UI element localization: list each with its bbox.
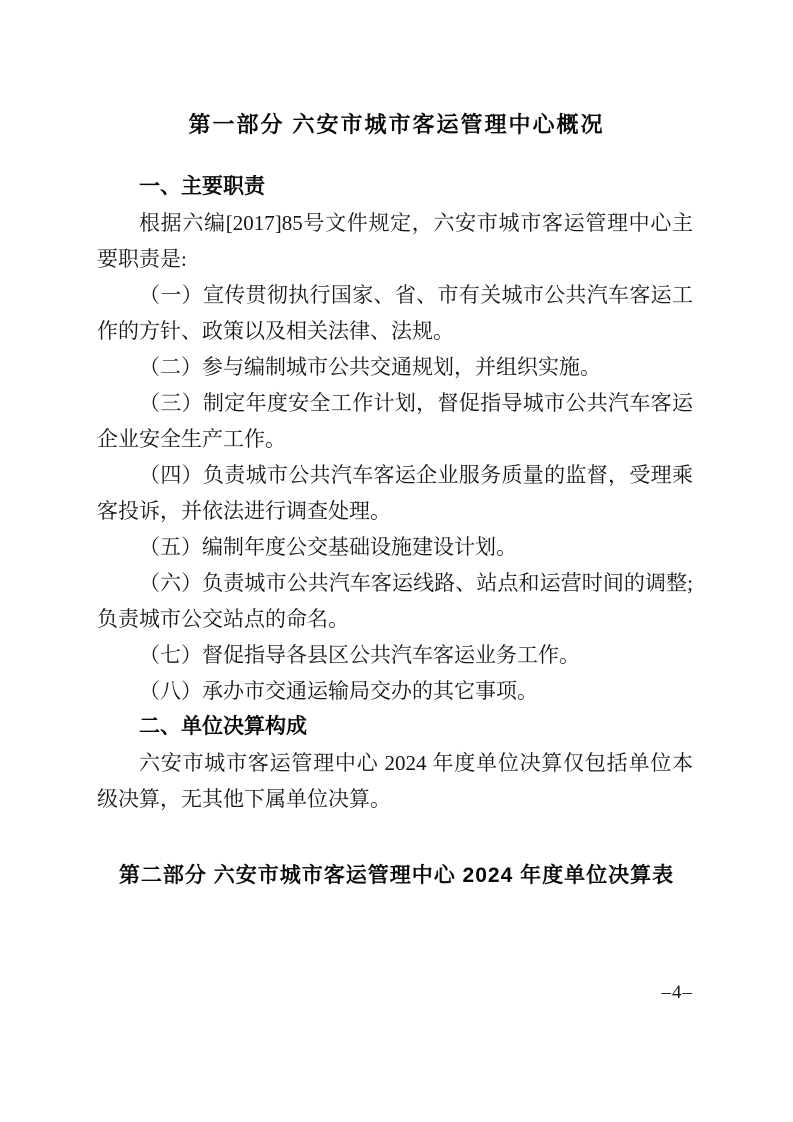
duty-item-6: （六）负责城市公共汽车客运线路、站点和运营时间的调整;负责城市公交站点的命名。 bbox=[97, 565, 693, 637]
duty-item-8: （八）承办市交通运输局交办的其它事项。 bbox=[97, 673, 693, 709]
page-number: –4– bbox=[662, 982, 694, 1004]
part2-title: 第二部分 六安市城市客运管理中心 2024 年度单位决算表 bbox=[0, 859, 793, 889]
section-1-heading: 一、主要职责 bbox=[97, 169, 693, 205]
duty-item-5: （五）编制年度公交基础设施建设计划。 bbox=[97, 529, 693, 565]
duty-item-2: （二）参与编制城市公共交通规划，并组织实施。 bbox=[97, 349, 693, 385]
document-body: 一、主要职责 根据六编[2017]85号文件规定，六安市城市客运管理中心主要职责… bbox=[97, 169, 693, 817]
duty-item-4: （四）负责城市公共汽车客运企业服务质量的监督，受理乘客投诉，并依法进行调查处理。 bbox=[97, 457, 693, 529]
section-2-heading: 二、单位决算构成 bbox=[97, 709, 693, 745]
section-1-intro-paragraph: 根据六编[2017]85号文件规定，六安市城市客运管理中心主要职责是: bbox=[97, 205, 693, 277]
duty-item-7: （七）督促指导各县区公共汽车客运业务工作。 bbox=[97, 637, 693, 673]
section-2-paragraph: 六安市城市客运管理中心 2024 年度单位决算仅包括单位本级决算，无其他下属单位… bbox=[97, 745, 693, 817]
duty-item-3: （三）制定年度安全工作计划，督促指导城市公共汽车客运企业安全生产工作。 bbox=[97, 385, 693, 457]
part1-title: 第一部分 六安市城市客运管理中心概况 bbox=[0, 0, 793, 139]
document-page: 第一部分 六安市城市客运管理中心概况 一、主要职责 根据六编[2017]85号文… bbox=[0, 0, 793, 1122]
duty-item-1: （一）宣传贯彻执行国家、省、市有关城市公共汽车客运工作的方针、政策以及相关法律、… bbox=[97, 277, 693, 349]
